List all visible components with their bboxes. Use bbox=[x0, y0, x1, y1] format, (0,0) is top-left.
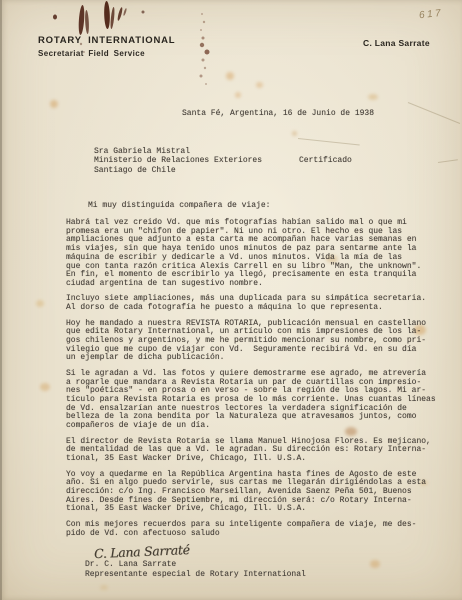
paragraph: Hoy he mandado a nuestra REVISTA ROTARIA… bbox=[66, 320, 458, 364]
paper-edge bbox=[0, 0, 2, 600]
paragraph: Incluyo siete ampliaciones, más una dupl… bbox=[66, 295, 458, 312]
letterhead-organization: ROTARY INTERNATIONAL bbox=[38, 35, 175, 46]
stain-spot bbox=[100, 585, 108, 590]
stain-spot bbox=[235, 92, 241, 98]
paper-crease bbox=[408, 102, 460, 124]
paper-crease bbox=[438, 159, 458, 163]
letter-page: ROTARY INTERNATIONAL Secretariat Field S… bbox=[0, 0, 462, 600]
stain-spot bbox=[50, 100, 58, 108]
stain-spot bbox=[226, 72, 234, 80]
stain-spot bbox=[40, 383, 50, 391]
stain-spot bbox=[256, 82, 263, 88]
stain-spot bbox=[368, 94, 378, 100]
signature-block: Dr. C. Lana Sarrate Representante especi… bbox=[85, 560, 306, 579]
letterhead-agent-name: C. Lana Sarrate bbox=[363, 38, 430, 48]
letter-body: Habrá tal vez creido Vd. que mis fotogra… bbox=[66, 219, 458, 545]
dateline: Santa Fé, Argentina, 16 de Junio de 1938 bbox=[182, 109, 374, 118]
stain-spot bbox=[36, 300, 44, 307]
paragraph: Si le agradan a Vd. las fotos y quiere d… bbox=[66, 370, 458, 431]
archival-number: 617 bbox=[418, 8, 443, 21]
paper-crease bbox=[298, 138, 360, 145]
salutation: Mi muy distinguida compañera de viaje: bbox=[88, 201, 270, 210]
certified-label: Certificado bbox=[299, 156, 352, 165]
handwritten-signature: C. Lana Sarraté bbox=[94, 542, 190, 561]
paragraph: Yo voy a quedarme en la República Argent… bbox=[66, 471, 458, 515]
paragraph: Habrá tal vez creido Vd. que mis fotogra… bbox=[66, 219, 458, 289]
paragraph: Con mis mejores recuerdos para su inteli… bbox=[66, 521, 458, 538]
letterhead-department: Secretariat Field Service bbox=[38, 49, 145, 58]
stain-spot bbox=[292, 131, 297, 136]
stain-spot bbox=[370, 560, 380, 568]
paragraph: El director de Revista Rotaria se llama … bbox=[66, 438, 458, 464]
recipient-address: Sra Gabriela Mistral Ministerio de Relac… bbox=[94, 147, 262, 175]
